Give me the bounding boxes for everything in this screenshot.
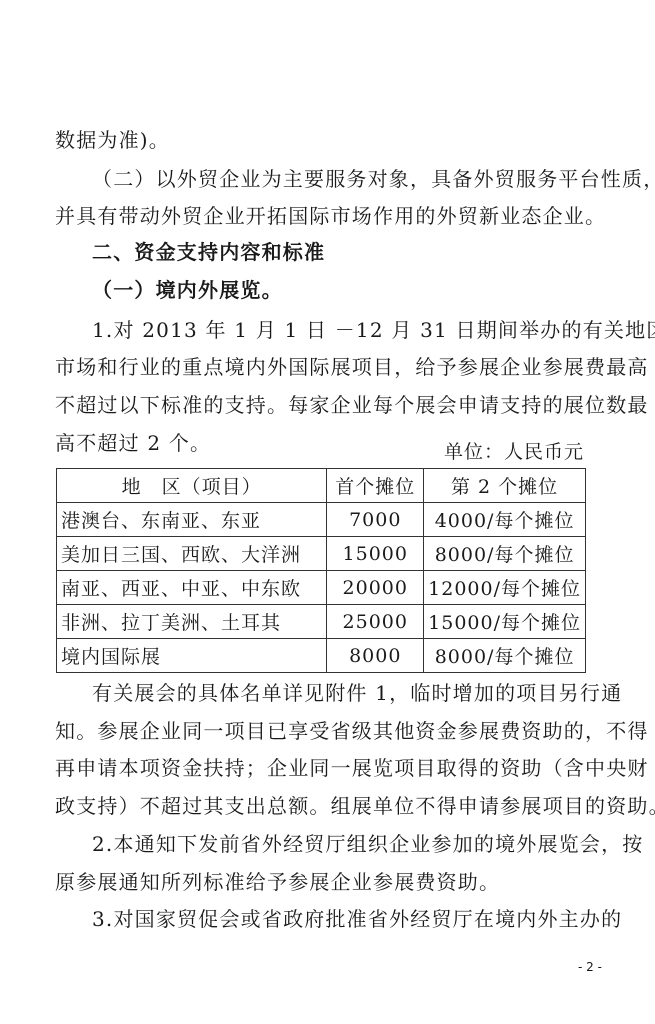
cell-second-booth: 4000/每个摊位: [424, 503, 586, 537]
header-second-booth: 第 2 个摊位: [424, 469, 586, 503]
text-line: 市场和行业的重点境内外国际展项目，给予参展企业参展费最高: [55, 355, 649, 379]
text-line: 不超过以下标准的支持。每家企业每个展会申请支持的展位数最: [55, 393, 649, 417]
text-line: 再申请本项资金扶持；企业同一展览项目取得的资助（含中央财: [55, 756, 649, 780]
cell-region: 港澳台、东南亚、东亚: [57, 503, 327, 537]
text-line: 知。参展企业同一项目已享受省级其他资金参展费资助的，不得: [55, 719, 649, 743]
table-row: 南亚、西亚、中亚、中东欧 20000 12000/每个摊位: [57, 571, 586, 605]
table-row: 境内国际展 8000 8000/每个摊位: [57, 639, 586, 673]
cell-region: 南亚、西亚、中亚、中东欧: [57, 571, 327, 605]
fee-table: 地 区（项目） 首个摊位 第 2 个摊位 港澳台、东南亚、东亚 7000 400…: [56, 468, 586, 673]
cell-region: 境内国际展: [57, 639, 327, 673]
cell-first-booth: 15000: [327, 537, 424, 571]
text-line: 数据为准)。: [55, 128, 170, 152]
cell-second-booth: 15000/每个摊位: [424, 605, 586, 639]
text-line: 高不超过 2 个。: [55, 431, 211, 455]
unit-label: 单位：人民币元: [444, 440, 584, 464]
header-first-booth: 首个摊位: [327, 469, 424, 503]
table-row: 港澳台、东南亚、东亚 7000 4000/每个摊位: [57, 503, 586, 537]
cell-second-booth: 12000/每个摊位: [424, 571, 586, 605]
page-number: - 2 -: [578, 960, 602, 974]
cell-first-booth: 20000: [327, 571, 424, 605]
cell-region: 非洲、拉丁美洲、土耳其: [57, 605, 327, 639]
cell-first-booth: 7000: [327, 503, 424, 537]
text-line: 有关展会的具体名单详见附件 1，临时增加的项目另行通: [92, 681, 622, 705]
cell-first-booth: 8000: [327, 639, 424, 673]
text-line: 3.对国家贸促会或省政府批准省外经贸厅在境内外主办的: [92, 907, 622, 931]
cell-region: 美加日三国、西欧、大洋洲: [57, 537, 327, 571]
table-header-row: 地 区（项目） 首个摊位 第 2 个摊位: [57, 469, 586, 503]
text-line: 并具有带动外贸企业开拓国际市场作用的外贸新业态企业。: [55, 204, 606, 228]
cell-second-booth: 8000/每个摊位: [424, 537, 586, 571]
paragraph-item-2: （二）以外贸企业为主要服务对象，具备外贸服务平台性质，: [92, 167, 655, 191]
table-row: 非洲、拉丁美洲、土耳其 25000 15000/每个摊位: [57, 605, 586, 639]
text-line: 政支持）不超过其支出总额。组展单位不得申请参展项目的资助。: [55, 794, 655, 818]
text-line: 1.对 2013 年 1 月 1 日 －12 月 31 日期间举办的有关地区、: [92, 318, 655, 342]
cell-second-booth: 8000/每个摊位: [424, 639, 586, 673]
header-region: 地 区（项目）: [57, 469, 327, 503]
text-line: 原参展通知所列标准给予参展企业参展费资助。: [55, 870, 500, 894]
section-heading: 二、资金支持内容和标准: [92, 240, 325, 264]
cell-first-booth: 25000: [327, 605, 424, 639]
table-row: 美加日三国、西欧、大洋洲 15000 8000/每个摊位: [57, 537, 586, 571]
text-line: 2.本通知下发前省外经贸厅组织企业参加的境外展览会，按: [92, 832, 643, 856]
subsection-heading: （一）境内外展览。: [92, 278, 283, 302]
